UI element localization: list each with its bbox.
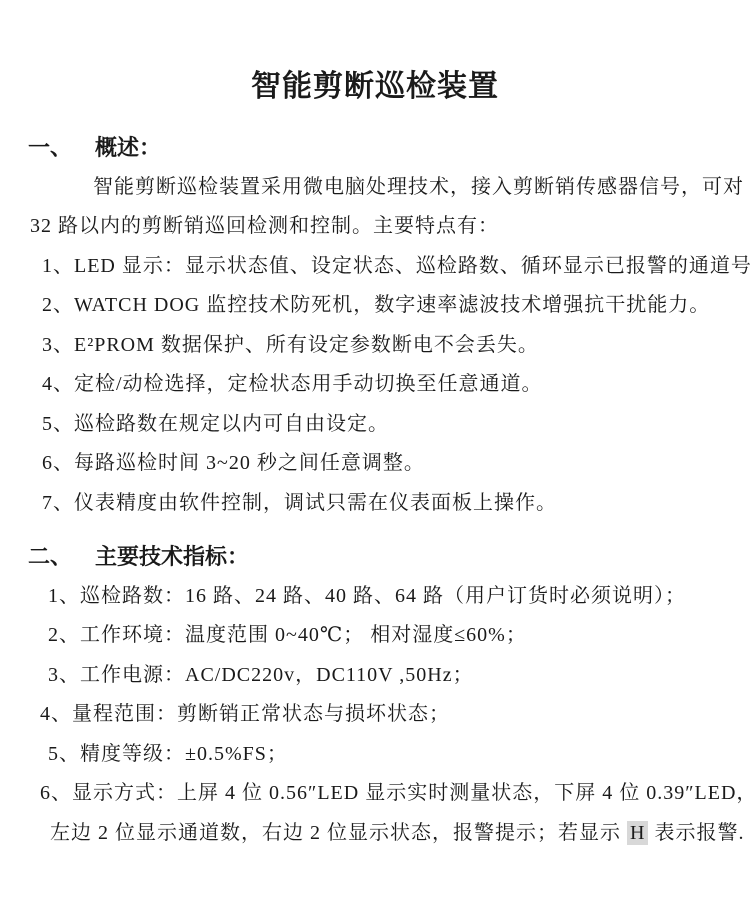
spec-item-6-line-2-text: 左边 2 位显示通道数，右边 2 位显示状态，报警提示；若显示 (50, 822, 627, 844)
section-2-heading: 二、主要技术指标： (0, 537, 750, 577)
section-1-heading: 一、概述： (0, 128, 750, 168)
feature-item-3: 3、E²PROM 数据保护、所有设定参数断电不会丢失。 (0, 326, 750, 366)
document-title: 智能剪断巡检装置 (0, 64, 750, 110)
feature-item-6: 6、每路巡检时间 3~20 秒之间任意调整。 (0, 444, 750, 484)
feature-item-7: 7、仪表精度由软件控制，调试只需在仪表面板上操作。 (0, 484, 750, 524)
alarm-letter-highlight: H (627, 821, 648, 845)
spec-item-6-line-2-tail: 表示报警. (648, 822, 744, 844)
document-page: 智能剪断巡检装置 一、概述： 智能剪断巡检装置采用微电脑处理技术，接入剪断销传感… (0, 0, 750, 922)
section-1-title: 概述： (95, 135, 161, 160)
spec-item-2: 2、工作环境：温度范围 0~40℃； 相对湿度≤60%； (0, 616, 750, 656)
spec-item-5: 5、精度等级：±0.5%FS； (0, 735, 750, 775)
section-1-intro-line-1: 智能剪断巡检装置采用微电脑处理技术，接入剪断销传感器信号，可对 (0, 168, 750, 208)
section-2-number: 二、 (28, 537, 95, 577)
spec-item-4: 4、量程范围：剪断销正常状态与损坏状态； (0, 695, 750, 735)
spec-item-1: 1、巡检路数：16 路、24 路、40 路、64 路（用户订货时必须说明）； (0, 577, 750, 617)
spec-item-6-line-1: 6、显示方式：上屏 4 位 0.56″LED 显示实时测量状态，下屏 4 位 0… (0, 774, 750, 814)
feature-item-5: 5、巡检路数在规定以内可自由设定。 (0, 405, 750, 445)
feature-item-4: 4、定检/动检选择，定检状态用手动切换至任意通道。 (0, 365, 750, 405)
spec-item-3: 3、工作电源：AC/DC220v，DC110V ,50Hz； (0, 656, 750, 696)
section-1-intro-line-2: 32 路以内的剪断销巡回检测和控制。主要特点有： (0, 207, 750, 247)
section-1-number: 一、 (28, 128, 95, 168)
section-2-title: 主要技术指标： (95, 544, 249, 569)
feature-item-1: 1、LED 显示：显示状态值、设定状态、巡检路数、循环显示已报警的通道号。 (0, 247, 750, 287)
spec-item-6-line-2: 左边 2 位显示通道数，右边 2 位显示状态，报警提示；若显示 H 表示报警. (0, 814, 750, 854)
feature-item-2: 2、WATCH DOG 监控技术防死机，数字速率滤波技术增强抗干扰能力。 (0, 286, 750, 326)
